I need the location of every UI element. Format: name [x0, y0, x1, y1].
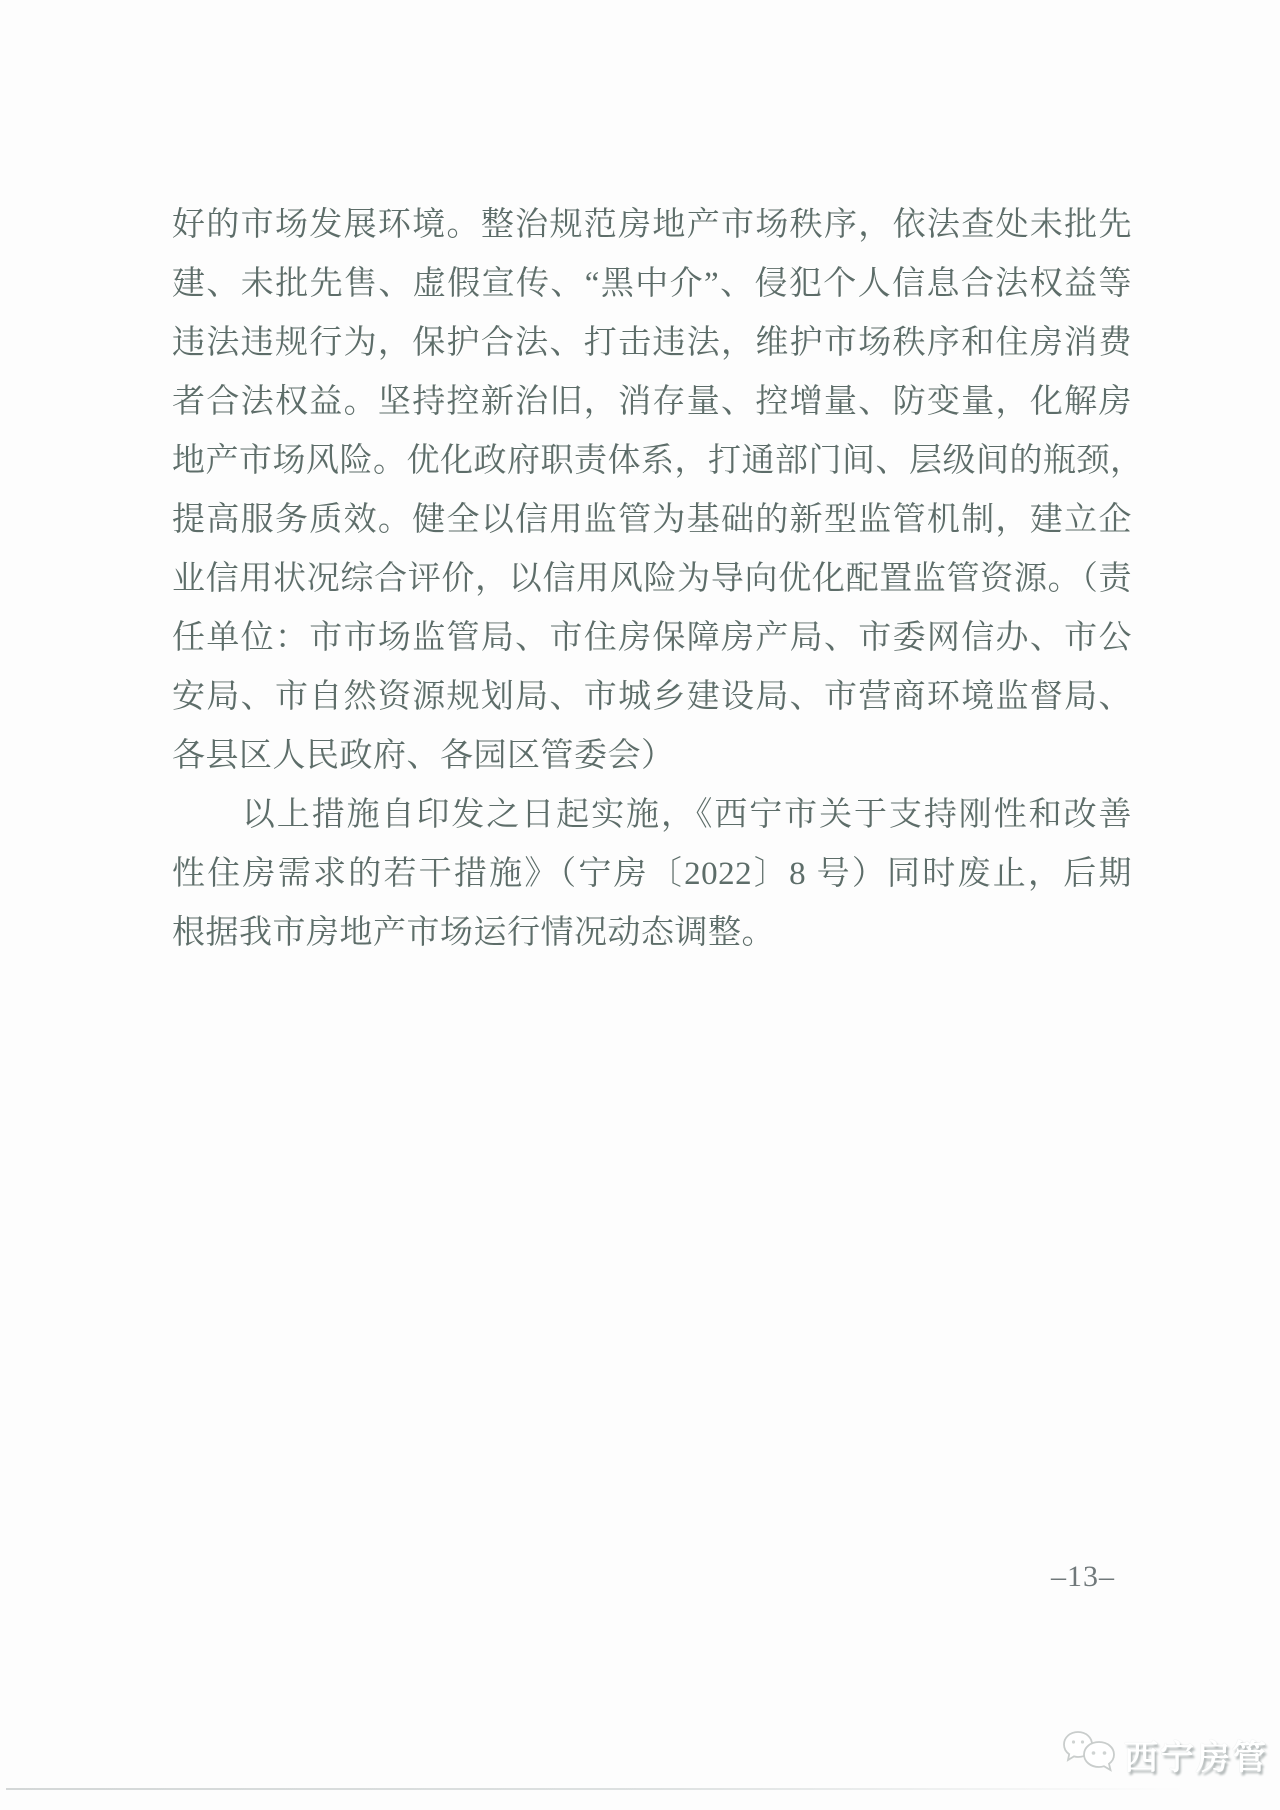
- text-line: 各县区人民政府、各园区管委会）: [172, 727, 1132, 786]
- footer-divider-line: [6, 1788, 1186, 1790]
- document-text: 好的市场发展环境。整治规范房地产市场秩序，依法查处未批先 建、未批先售、虚假宣传…: [172, 196, 1132, 963]
- text-line: 好的市场发展环境。整治规范房地产市场秩序，依法查处未批先: [172, 196, 1132, 255]
- text-line: 违法违规行为，保护合法、打击违法，维护市场秩序和住房消费: [172, 314, 1132, 373]
- watermark-label: 西宁房管: [1124, 1730, 1268, 1779]
- text-line: 任单位：市市场监管局、市住房保障房产局、市委网信办、市公: [172, 609, 1132, 668]
- page-number: –13–: [1028, 1560, 1138, 1594]
- text-line: 地产市场风险。优化政府职责体系，打通部门间、层级间的瓶颈，: [172, 432, 1132, 491]
- text-line: 建、未批先售、虚假宣传、“黑中介”、侵犯个人信息合法权益等: [172, 255, 1132, 314]
- watermark: 西宁房管: [1060, 1728, 1268, 1780]
- text-line: 根据我市房地产市场运行情况动态调整。: [172, 904, 1132, 963]
- text-line: 提高服务质效。健全以信用监管为基础的新型监管机制，建立企: [172, 491, 1132, 550]
- text-line: 安局、市自然资源规划局、市城乡建设局、市营商环境监督局、: [172, 668, 1132, 727]
- document-page: 好的市场发展环境。整治规范房地产市场秩序，依法查处未批先 建、未批先售、虚假宣传…: [0, 0, 1280, 1810]
- text-line: 性住房需求的若干措施》（宁房〔2022〕8 号）同时废止，后期: [172, 845, 1132, 904]
- text-line: 业信用状况综合评价，以信用风险为导向优化配置监管资源。（责: [172, 550, 1132, 609]
- text-line: 以上措施自印发之日起实施，《西宁市关于支持刚性和改善: [172, 786, 1132, 845]
- text-line: 者合法权益。坚持控新治旧，消存量、控增量、防变量，化解房: [172, 373, 1132, 432]
- chat-bubbles-icon: [1060, 1728, 1118, 1780]
